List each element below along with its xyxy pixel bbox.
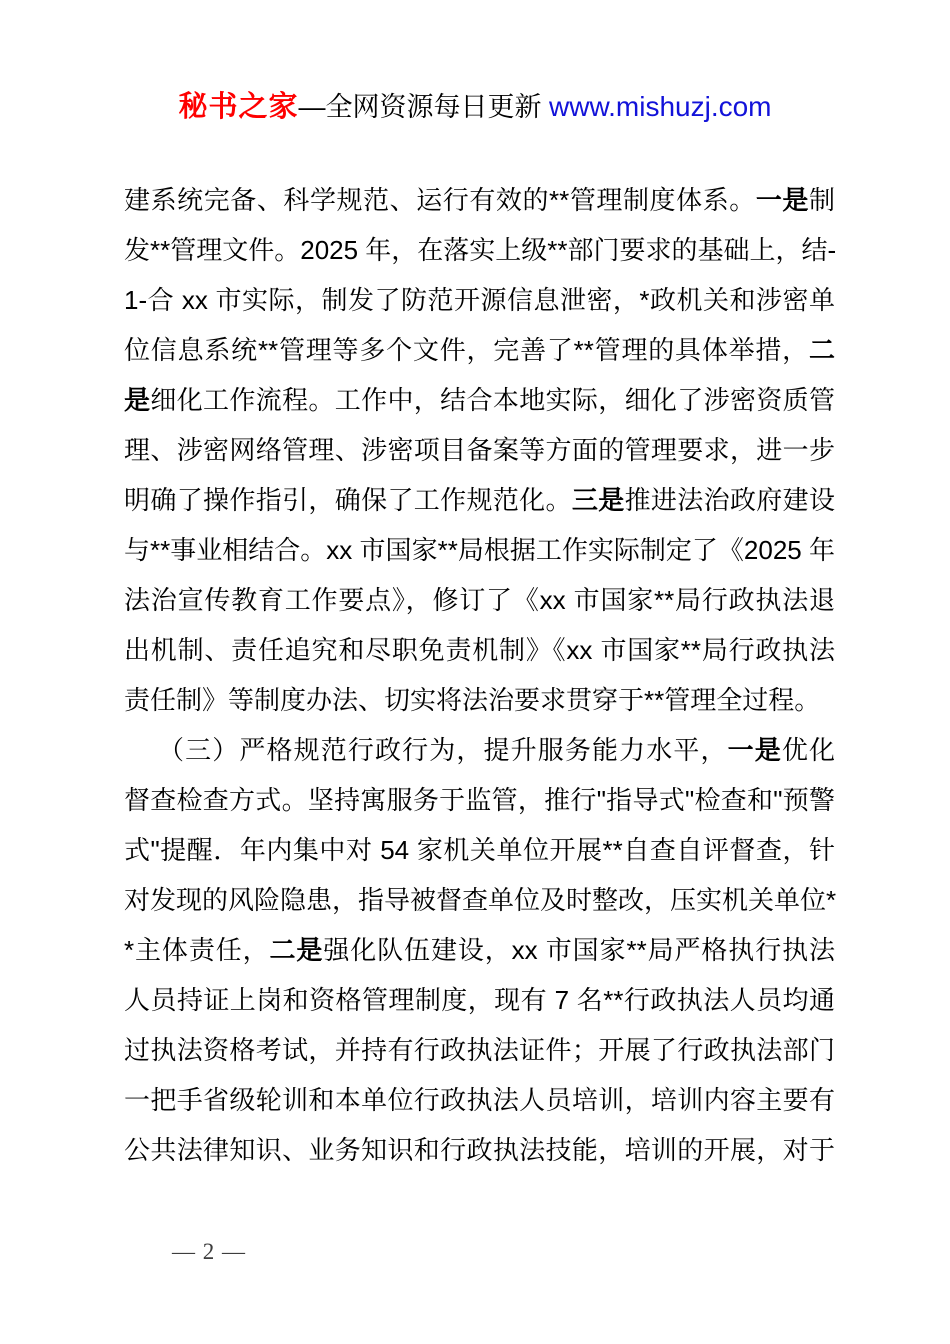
text-line: 人员持证上岗和资格管理制度，现有 7 名**行政执法人员均通 [124,975,835,1025]
text-run: 位信息系统**管理等多个文件，完善了**管理的具体举措， [124,335,809,365]
bold-run: 三是 [572,485,625,515]
text-run: *主体责任， [124,935,270,965]
bold-run: 一是 [756,185,809,215]
text-run: 法治宣传教育工作要点》，修订了《xx 市国家**局行政执法退 [124,585,835,615]
bold-run: 二 [809,335,835,365]
text-run: 1-合 xx 市实际，制发了防范开源信息泄密，*政机关和涉密单 [124,285,835,315]
text-run: 细化工作流程。工作中，结合本地实际，细化了涉密资质管 [150,385,835,415]
document-body: 建系统完备、科学规范、运行有效的**管理制度体系。一是制发**管理文件。2025… [124,175,835,1175]
text-run: 出机制、责任追究和尽职免责机制》《xx 市国家**局行政执法 [124,635,835,665]
text-line: 明确了操作指引，确保了工作规范化。三是推进法治政府建设 [124,475,835,525]
bold-run: 一是 [728,735,782,765]
site-tagline: —全网资源每日更新 [299,92,550,122]
text-line: 出机制、责任追究和尽职免责机制》《xx 市国家**局行政执法 [124,625,835,675]
text-line: 是细化工作流程。工作中，结合本地实际，细化了涉密资质管 [124,375,835,425]
text-line: 与**事业相结合。xx 市国家**局根据工作实际制定了《2025 年 [124,525,835,575]
text-run: 责任制》等制度办法、切实将法治要求贯穿于**管理全过程。 [124,685,820,715]
text-line: 公共法律知识、业务知识和行政执法技能，培训的开展，对于 [124,1125,835,1175]
text-line: 式"提醒．年内集中对 54 家机关单位开展**自查自评督查，针 [124,825,835,875]
text-run: 建系统完备、科学规范、运行有效的**管理制度体系。 [124,185,756,215]
text-run: 明确了操作指引，确保了工作规范化。 [124,485,572,515]
document-page: 秘书之家—全网资源每日更新 www.mishuzj.com 建系统完备、科学规范… [0,0,950,1344]
text-run: 过执法资格考试，并持有行政执法证件；开展了行政执法部门 [124,1035,835,1065]
text-run: 公共法律知识、业务知识和行政执法技能，培训的开展，对于 [124,1135,835,1165]
text-run: 推进法治政府建设 [625,485,835,515]
text-line: 1-合 xx 市实际，制发了防范开源信息泄密，*政机关和涉密单 [124,275,835,325]
text-line: 理、涉密网络管理、涉密项目备案等方面的管理要求，进一步 [124,425,835,475]
text-run: 式"提醒．年内集中对 54 家机关单位开展**自查自评督查，针 [124,835,835,865]
text-run: 一把手省级轮训和本单位行政执法人员培训，培训内容主要有 [124,1085,835,1115]
site-brand: 秘书之家 [178,91,298,123]
text-line: 责任制》等制度办法、切实将法治要求贯穿于**管理全过程。 [124,675,835,725]
text-run: （三）严格规范行政行为，提升服务能力水平， [158,735,728,765]
bold-run: 二是 [270,935,324,965]
text-run: 对发现的风险隐患，指导被督查单位及时整改，压实机关单位* [124,885,836,915]
text-run: 制 [809,185,835,215]
text-line: 位信息系统**管理等多个文件，完善了**管理的具体举措，二 [124,325,835,375]
text-line: 发**管理文件。2025 年，在落实上级**部门要求的基础上，结- [124,225,835,275]
text-run: 强化队伍建设，xx 市国家**局严格执行执法 [323,935,835,965]
site-url[interactable]: www.mishuzj.com [549,91,771,122]
text-run: 理、涉密网络管理、涉密项目备案等方面的管理要求，进一步 [124,435,835,465]
page-number: — 2 — [172,1239,246,1264]
text-run: 与**事业相结合。xx 市国家**局根据工作实际制定了《2025 年 [124,535,835,565]
text-run: 督查检查方式。坚持寓服务于监管，推行"指导式"检查和"预警 [124,785,835,815]
text-line: 过执法资格考试，并持有行政执法证件；开展了行政执法部门 [124,1025,835,1075]
bold-run: 是 [124,385,150,415]
page-footer: — 2 — [172,1236,246,1268]
text-line: *主体责任，二是强化队伍建设，xx 市国家**局严格执行执法 [124,925,835,975]
text-run: 优化 [782,735,835,765]
text-line: 督查检查方式。坚持寓服务于监管，推行"指导式"检查和"预警 [124,775,835,825]
site-header: 秘书之家—全网资源每日更新 www.mishuzj.com [0,84,950,130]
text-line: 法治宣传教育工作要点》，修订了《xx 市国家**局行政执法退 [124,575,835,625]
text-line: 一把手省级轮训和本单位行政执法人员培训，培训内容主要有 [124,1075,835,1125]
text-line: （三）严格规范行政行为，提升服务能力水平，一是优化 [124,725,835,775]
text-line: 对发现的风险隐患，指导被督查单位及时整改，压实机关单位* [124,875,835,925]
text-run: 发**管理文件。2025 年，在落实上级**部门要求的基础上，结- [124,235,836,265]
text-run: 人员持证上岗和资格管理制度，现有 7 名**行政执法人员均通 [124,985,835,1015]
text-line: 建系统完备、科学规范、运行有效的**管理制度体系。一是制 [124,175,835,225]
